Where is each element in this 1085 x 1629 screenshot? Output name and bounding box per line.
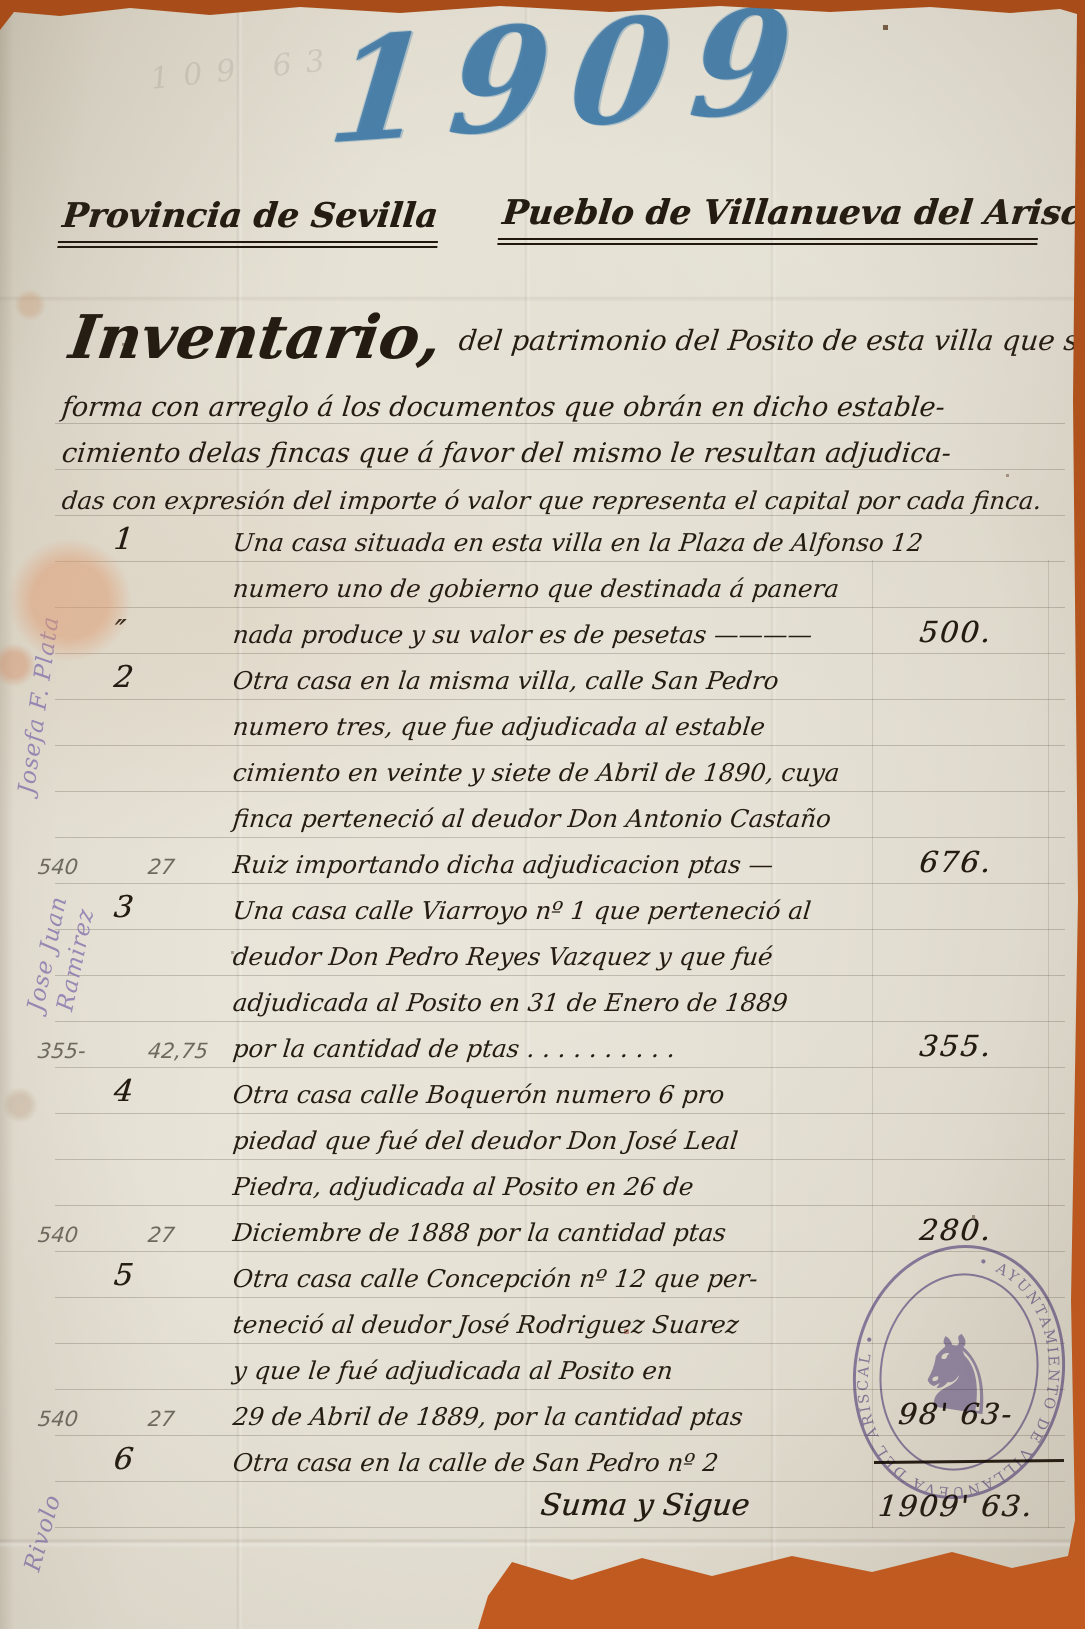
pencil-margin-note: 540 [37,1223,125,1247]
intro-line-text: forma con arreglo á los documentos que o… [60,392,946,423]
ledger-row-2: numero uno de gobierno que destinada á p… [0,562,1085,608]
ink-specks [0,0,1,1]
ledger-row-7: finca perteneció al deudor Don Antonio C… [0,792,1085,838]
entry-text: adjudicada al Posito en 31 de Enero de 1… [231,988,1040,1017]
town-header: Pueblo de Villanueva del Ariscal [497,193,1042,245]
municipal-ink-stamp: • AYUNTAMIENTO DE VILLANUEVA DEL ARISCAL… [823,1222,1085,1523]
entry-text: cimiento en veinte y siete de Abril de 1… [231,758,1040,787]
ledger-row-9: 3Una casa calle Viarroyo nº 1 que perten… [0,884,1085,930]
ledger-row-4: 2Otra casa en la misma villa, calle San … [0,654,1085,700]
ledger-row-8: 54027Ruiz importando dicha adjudicacion … [0,838,1085,884]
ledger-row-10: deudor Don Pedro Reyes Vazquez y que fué [0,930,1085,976]
ledger-row-6: cimiento en veinte y siete de Abril de 1… [0,746,1085,792]
intro-line-text: cimiento delas fincas que á favor del mi… [60,438,952,469]
amount-value: 676. [870,845,1042,879]
amount-value: 500. [870,615,1042,649]
sum-label: Suma y Sigue [468,1488,822,1523]
faded-pencil-note: 109 63 [149,42,341,97]
knight-horse-figure: ♞ [903,1306,1014,1441]
pencil-margin-note: 27 [147,855,235,879]
entry-text: Otra casa calle Boquerón numero 6 pro [231,1080,1040,1109]
inventory-title-word: Inventario, [65,303,445,373]
ledger-row-1: 1Una casa situada en esta villa en la Pl… [0,516,1085,562]
entry-number: 2 [112,660,186,695]
ledger-row-12: 355-42,75por la cantidad de ptas . . . .… [0,1022,1085,1068]
entry-number: 6 [112,1442,186,1477]
intro-line: forma con arreglo á los documentos que o… [62,382,1065,428]
entry-number: 1 [112,522,186,557]
amount-value: 355. [870,1029,1042,1063]
intro-line-text: das con expresión del importe ó valor qu… [60,486,1042,515]
ledger-row-3: ″nada produce y su valor es de pesetas —… [0,608,1085,654]
entry-number: 5 [112,1258,186,1293]
entry-text: numero tres, que fue adjudicada al estab… [231,712,1040,741]
ledger-row-14: piedad que fué del deudor Don José Leal [0,1114,1085,1160]
manuscript-page: 1909 109 63 Provincia de Sevilla Pueblo … [0,0,1085,1629]
entry-number: 4 [112,1074,186,1109]
entry-number: ″ [112,614,186,649]
entry-text: Otra casa en la misma villa, calle San P… [231,666,1040,695]
province-header: Provincia de Sevilla [57,196,442,248]
year-annotation-blue-crayon: 1909 [322,0,798,177]
entry-text: numero uno de gobierno que destinada á p… [231,574,1040,603]
pencil-margin-note: 27 [147,1223,235,1247]
entry-text: deudor Don Pedro Reyes Vazquez y que fué [231,942,1040,971]
inventory-title-rest: del patrimonio del Posito de esta villa … [458,324,1085,357]
entry-number: 3 [112,890,186,925]
pencil-margin-note: 42,75 [147,1039,235,1063]
entry-text: finca perteneció al deudor Don Antonio C… [231,804,1040,833]
intro-line: das con expresión del importe ó valor qu… [62,474,1065,520]
ledger-row-15: Piedra, adjudicada al Posito en 26 de [0,1160,1085,1206]
inventory-title-line: Inventario, del patrimonio del Posito de… [70,303,1085,373]
ledger-row-11: adjudicada al Posito en 31 de Enero de 1… [0,976,1085,1022]
entry-text: piedad que fué del deudor Don José Leal [231,1126,1040,1155]
entry-text: Una casa calle Viarroyo nº 1 que pertene… [231,896,1040,925]
intro-line: cimiento delas fincas que á favor del mi… [62,428,1065,474]
ledger-row-13: 4Otra casa calle Boquerón numero 6 pro [0,1068,1085,1114]
pencil-margin-note: 27 [147,1407,235,1431]
entry-text: Piedra, adjudicada al Posito en 26 de [231,1172,1040,1201]
ledger-row-5: numero tres, que fue adjudicada al estab… [0,700,1085,746]
entry-text: Una casa situada en esta villa en la Pla… [231,528,1040,557]
pencil-margin-note: 540 [37,1407,125,1431]
